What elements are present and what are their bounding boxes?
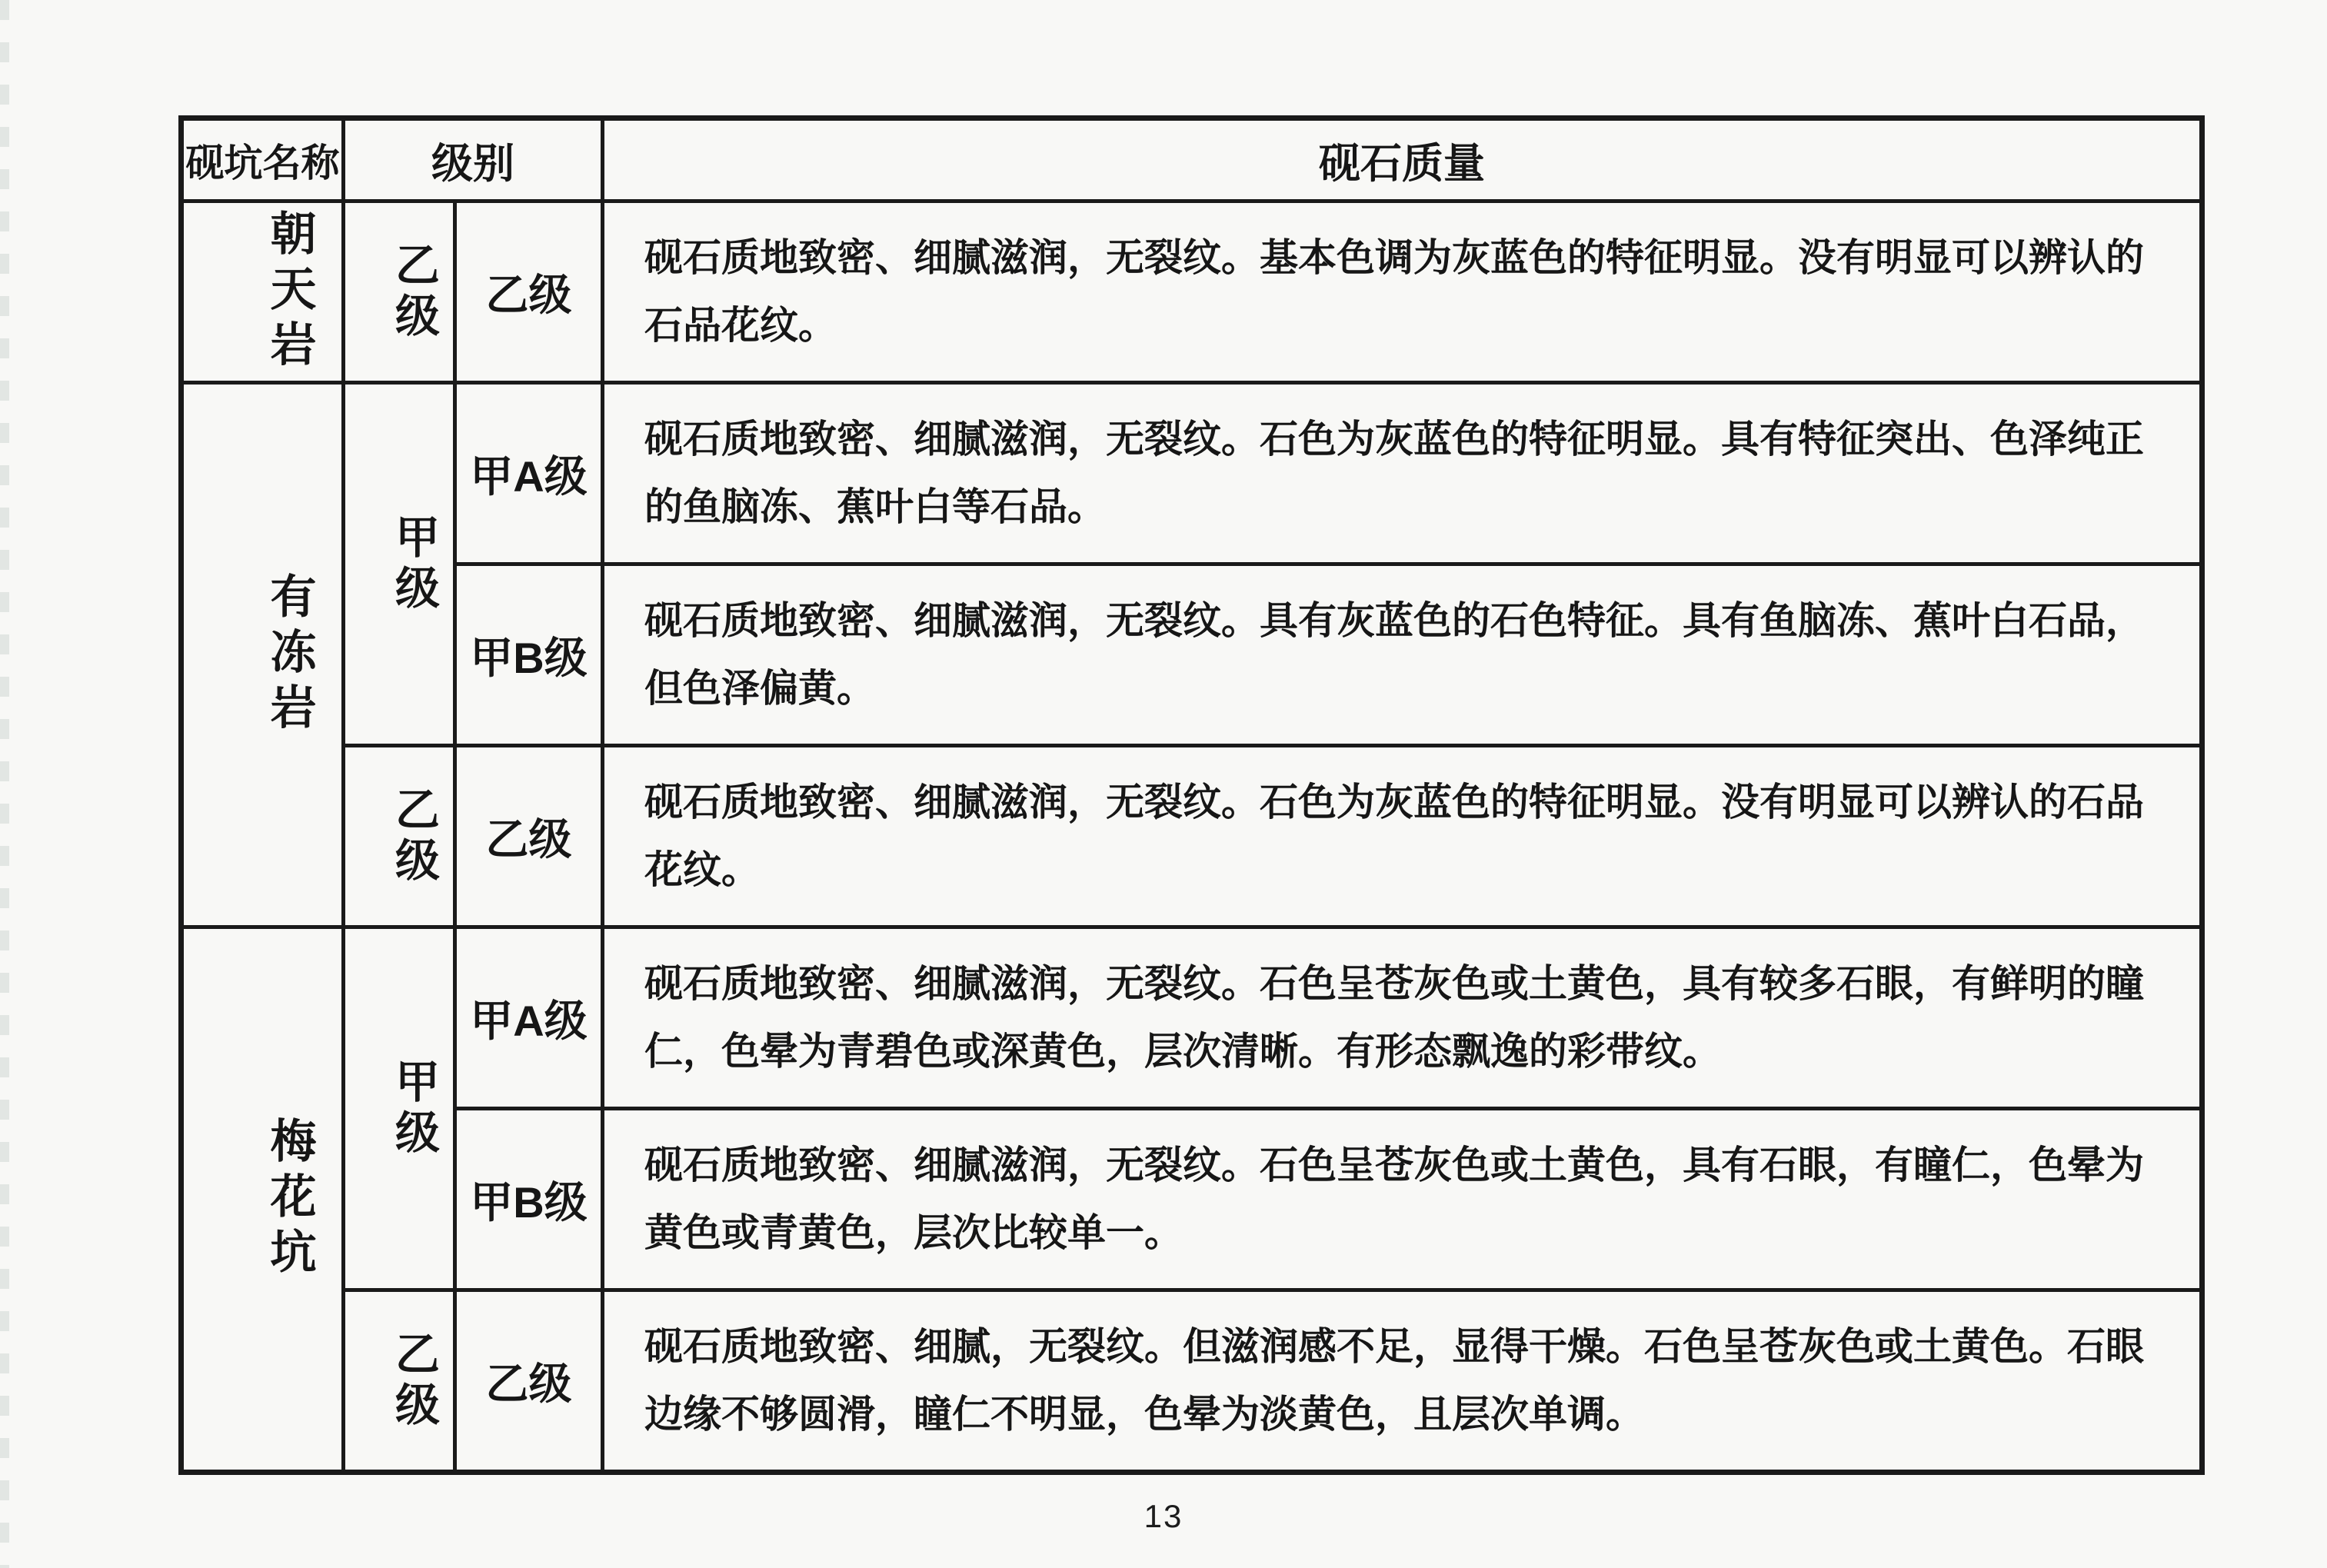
header-pit-name: 砚坑名称 bbox=[181, 118, 344, 201]
quality-desc-cell: 砚石质地致密、细腻滋润，无裂纹。石色为灰蓝色的特征明显。没有明显可以辨认的石品花… bbox=[603, 746, 2202, 927]
quality-desc-cell: 砚石质地致密、细腻，无裂纹。但滋润感不足，显得干燥。石色呈苍灰色或土黄色。石眼边… bbox=[603, 1290, 2202, 1473]
quality-desc-cell: 砚石质地致密、细腻滋润，无裂纹。石色呈苍灰色或土黄色，具有较多石眼，有鲜明的瞳仁… bbox=[603, 927, 2202, 1109]
grade-group-cell: 乙级 bbox=[344, 1290, 455, 1473]
header-quality: 砚石质量 bbox=[603, 118, 2202, 201]
grade-cell: 乙级 bbox=[455, 201, 603, 383]
table-row: 甲B级 砚石质地致密、细腻滋润，无裂纹。石色呈苍灰色或土黄色，具有石眼，有瞳仁，… bbox=[181, 1109, 2202, 1290]
grade-group-cell: 乙级 bbox=[344, 201, 455, 383]
grade-cell: 甲B级 bbox=[455, 1109, 603, 1290]
quality-desc-cell: 砚石质地致密、细腻滋润，无裂纹。石色为灰蓝色的特征明显。具有特征突出、色泽纯正的… bbox=[603, 383, 2202, 564]
grade-cell: 乙级 bbox=[455, 1290, 603, 1473]
grade-group-cell: 甲级 bbox=[344, 383, 455, 746]
table-row: 甲B级 砚石质地致密、细腻滋润，无裂纹。具有灰蓝色的石色特征。具有鱼脑冻、蕉叶白… bbox=[181, 564, 2202, 746]
grade-group-cell: 甲级 bbox=[344, 927, 455, 1290]
inkstone-grade-table: 砚坑名称 级别 砚石质量 朝天岩 乙级 乙级 砚石质地致密、细腻滋润，无裂纹。基… bbox=[178, 115, 2205, 1475]
quality-desc-cell: 砚石质地致密、细腻滋润，无裂纹。具有灰蓝色的石色特征。具有鱼脑冻、蕉叶白石品，但… bbox=[603, 564, 2202, 746]
grade-cell: 甲A级 bbox=[455, 927, 603, 1109]
table-row: 有冻岩 甲级 甲A级 砚石质地致密、细腻滋润，无裂纹。石色为灰蓝色的特征明显。具… bbox=[181, 383, 2202, 564]
quality-desc-cell: 砚石质地致密、细腻滋润，无裂纹。基本色调为灰蓝色的特征明显。没有明显可以辨认的石… bbox=[603, 201, 2202, 383]
grade-cell: 甲A级 bbox=[455, 383, 603, 564]
pit-name-cell: 朝天岩 bbox=[181, 201, 344, 383]
grade-cell: 甲B级 bbox=[455, 564, 603, 746]
table-header-row: 砚坑名称 级别 砚石质量 bbox=[181, 118, 2202, 201]
header-grade: 级别 bbox=[344, 118, 603, 201]
scan-edge-artifact bbox=[0, 0, 9, 1568]
grade-cell: 乙级 bbox=[455, 746, 603, 927]
table-row: 乙级 乙级 砚石质地致密、细腻，无裂纹。但滋润感不足，显得干燥。石色呈苍灰色或土… bbox=[181, 1290, 2202, 1473]
table-row: 梅花坑 甲级 甲A级 砚石质地致密、细腻滋润，无裂纹。石色呈苍灰色或土黄色，具有… bbox=[181, 927, 2202, 1109]
page-number: 13 bbox=[0, 1498, 2327, 1535]
pit-name-cell: 梅花坑 bbox=[181, 927, 344, 1473]
grade-group-cell: 乙级 bbox=[344, 746, 455, 927]
table-row: 朝天岩 乙级 乙级 砚石质地致密、细腻滋润，无裂纹。基本色调为灰蓝色的特征明显。… bbox=[181, 201, 2202, 383]
table-row: 乙级 乙级 砚石质地致密、细腻滋润，无裂纹。石色为灰蓝色的特征明显。没有明显可以… bbox=[181, 746, 2202, 927]
quality-desc-cell: 砚石质地致密、细腻滋润，无裂纹。石色呈苍灰色或土黄色，具有石眼，有瞳仁，色晕为黄… bbox=[603, 1109, 2202, 1290]
pit-name-cell: 有冻岩 bbox=[181, 383, 344, 927]
